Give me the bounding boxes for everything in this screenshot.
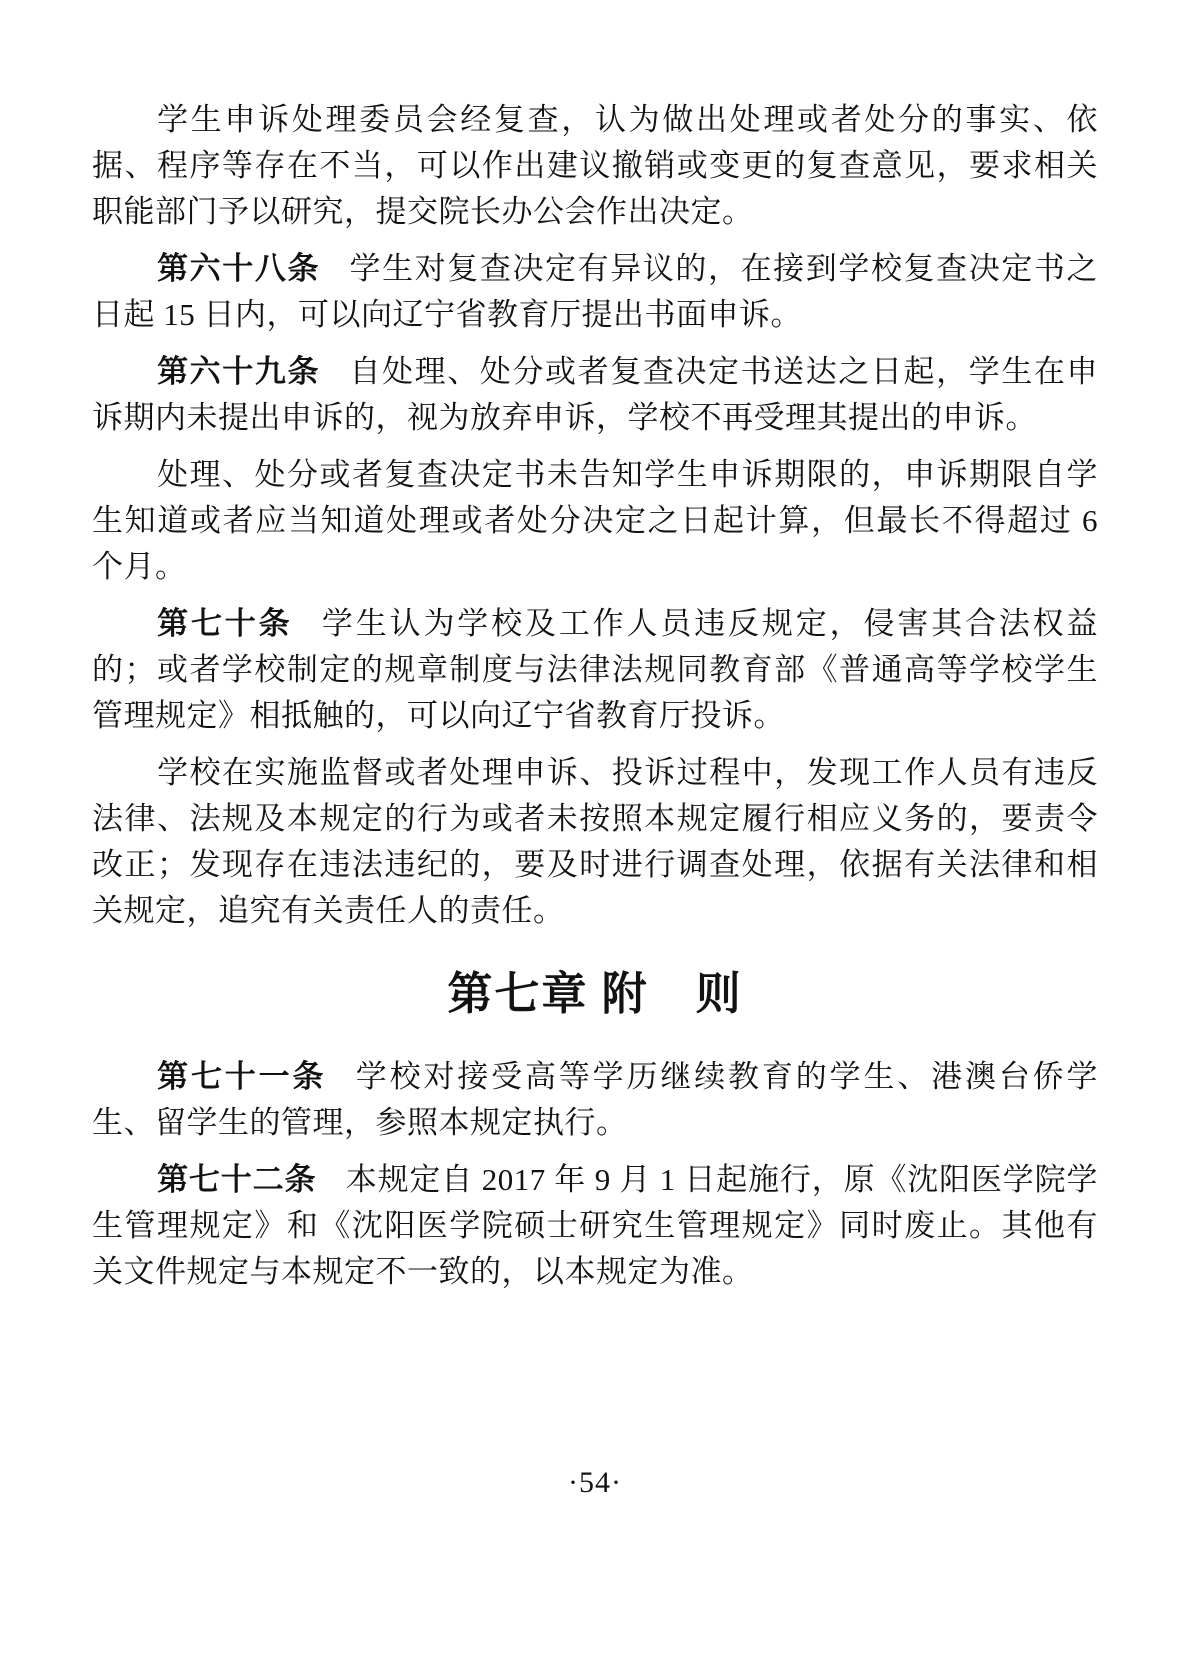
article-number: 第七十条 <box>157 606 292 641</box>
article-number: 第七十一条 <box>157 1059 326 1094</box>
paragraph: 第六十八条学生对复查决定有异议的，在接到学校复查决定书之日起 15 日内，可以向… <box>92 246 1098 338</box>
paragraph: 第七十一条学校对接受高等学历继续教育的学生、港澳台侨学生、留学生的管理，参照本规… <box>92 1054 1098 1146</box>
paragraph-text: 学校在实施监督或者处理申诉、投诉过程中，发现工作人员有违反法律、法规及本规定的行… <box>92 755 1098 928</box>
paragraph-text: 学生申诉处理委员会经复查，认为做出处理或者处分的事实、依据、程序等存在不当，可以… <box>92 102 1098 229</box>
document-page: 学生申诉处理委员会经复查，认为做出处理或者处分的事实、依据、程序等存在不当，可以… <box>0 0 1190 1503</box>
paragraph: 学生申诉处理委员会经复查，认为做出处理或者处分的事实、依据、程序等存在不当，可以… <box>92 97 1098 235</box>
paragraph: 第七十条学生认为学校及工作人员违反规定，侵害其合法权益的；或者学校制定的规章制度… <box>92 601 1098 739</box>
paragraph: 第六十九条自处理、处分或者复查决定书送达之日起，学生在申诉期内未提出申诉的，视为… <box>92 349 1098 441</box>
article-number: 第六十九条 <box>157 354 320 389</box>
paragraph: 学校在实施监督或者处理申诉、投诉过程中，发现工作人员有违反法律、法规及本规定的行… <box>92 750 1098 934</box>
article-number: 第六十八条 <box>157 251 320 286</box>
paragraph: 第七十二条本规定自 2017 年 9 月 1 日起施行，原《沈阳医学院学生管理规… <box>92 1157 1098 1295</box>
paragraph-text: 处理、处分或者复查决定书未告知学生申诉期限的，申诉期限自学生知道或者应当知道处理… <box>92 457 1098 584</box>
article-number: 第七十二条 <box>157 1162 316 1197</box>
paragraph: 处理、处分或者复查决定书未告知学生申诉期限的，申诉期限自学生知道或者应当知道处理… <box>92 452 1098 590</box>
page-number: ·54· <box>92 1463 1098 1503</box>
chapter-heading: 第七章 附 则 <box>92 964 1098 1024</box>
